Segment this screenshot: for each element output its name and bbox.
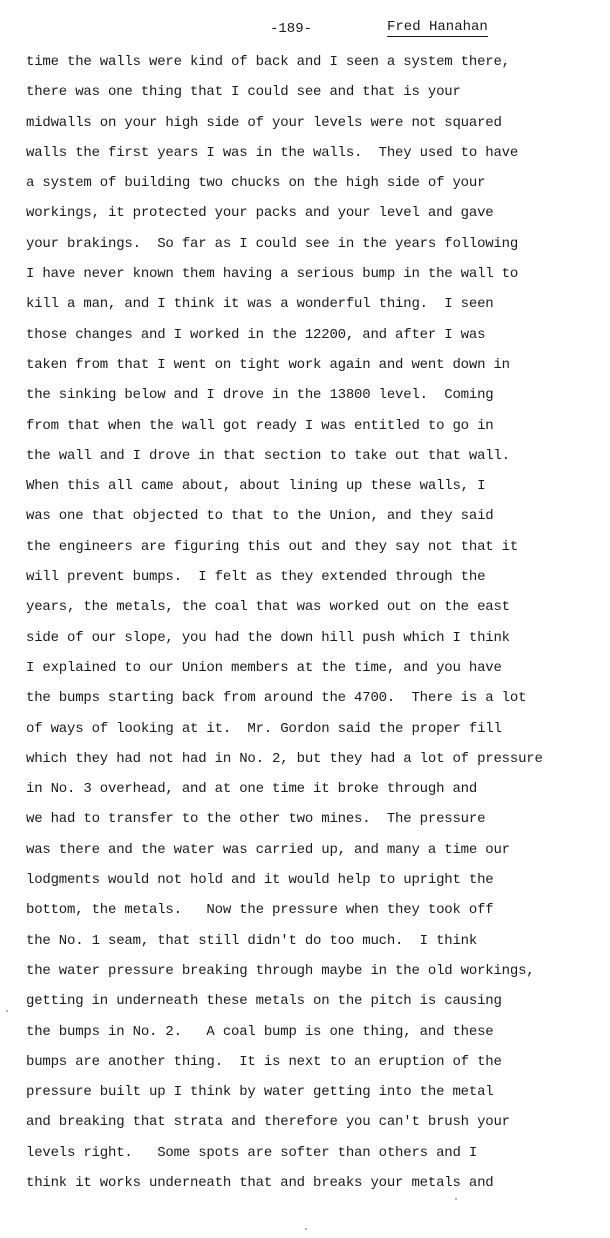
text-line: When this all came about, about lining u… [26, 471, 610, 501]
text-line: the bumps in No. 2. A coal bump is one t… [26, 1017, 610, 1047]
text-line: midwalls on your high side of your level… [26, 108, 610, 138]
text-line: a system of building two chucks on the h… [26, 168, 610, 198]
text-line: workings, it protected your packs and yo… [26, 198, 610, 228]
page-number: -189- [270, 18, 312, 40]
text-line: bottom, the metals. Now the pressure whe… [26, 895, 610, 925]
author-name: Fred Hanahan [387, 18, 488, 37]
text-line: years, the metals, the coal that was wor… [26, 592, 610, 622]
text-line: those changes and I worked in the 12200,… [26, 320, 610, 350]
scan-speck [455, 1198, 457, 1200]
text-line: will prevent bumps. I felt as they exten… [26, 562, 610, 592]
text-line: we had to transfer to the other two mine… [26, 804, 610, 834]
text-line: and breaking that strata and therefore y… [26, 1107, 610, 1137]
text-line: the engineers are figuring this out and … [26, 532, 610, 562]
text-line: side of our slope, you had the down hill… [26, 623, 610, 653]
text-line: lodgments would not hold and it would he… [26, 865, 610, 895]
text-line: pressure built up I think by water getti… [26, 1077, 610, 1107]
text-line: in No. 3 overhead, and at one time it br… [26, 774, 610, 804]
text-line: there was one thing that I could see and… [26, 77, 610, 107]
text-line: the No. 1 seam, that still didn't do too… [26, 926, 610, 956]
text-line: kill a man, and I think it was a wonderf… [26, 289, 610, 319]
text-line: the bumps starting back from around the … [26, 683, 610, 713]
text-line: I explained to our Union members at the … [26, 653, 610, 683]
text-line: bumps are another thing. It is next to a… [26, 1047, 610, 1077]
scan-speck [305, 1228, 307, 1230]
text-line: the wall and I drove in that section to … [26, 441, 610, 471]
document-page: -189- Fred Hanahan time the walls were k… [0, 0, 610, 1238]
text-line: I have never known them having a serious… [26, 259, 610, 289]
page-header: -189- Fred Hanahan [0, 18, 610, 40]
text-line: walls the first years I was in the walls… [26, 138, 610, 168]
text-line: getting in underneath these metals on th… [26, 986, 610, 1016]
text-line: was there and the water was carried up, … [26, 835, 610, 865]
text-line: was one that objected to that to the Uni… [26, 501, 610, 531]
text-line: from that when the wall got ready I was … [26, 411, 610, 441]
text-line: taken from that I went on tight work aga… [26, 350, 610, 380]
text-line: time the walls were kind of back and I s… [26, 47, 610, 77]
text-line: your brakings. So far as I could see in … [26, 229, 610, 259]
text-line: levels right. Some spots are softer than… [26, 1138, 610, 1168]
text-line: the water pressure breaking through mayb… [26, 956, 610, 986]
text-line: think it works underneath that and break… [26, 1168, 610, 1198]
transcript-body: time the walls were kind of back and I s… [26, 47, 610, 1198]
text-line: of ways of looking at it. Mr. Gordon sai… [26, 714, 610, 744]
text-line: the sinking below and I drove in the 138… [26, 380, 610, 410]
scan-speck [6, 1010, 8, 1012]
text-line: which they had not had in No. 2, but the… [26, 744, 610, 774]
